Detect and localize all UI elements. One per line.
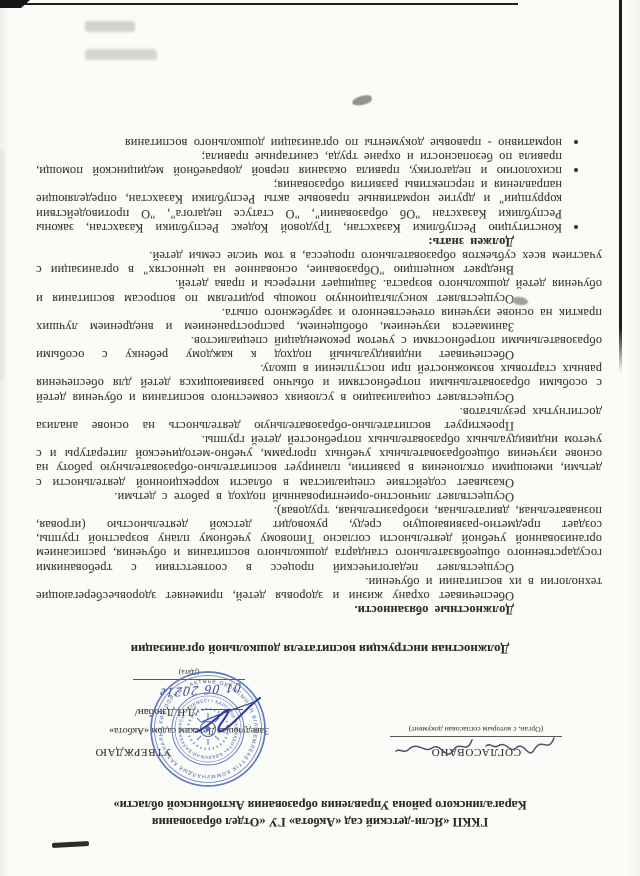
duty-paragraph: Осуществляет консультационную помощь род… <box>36 277 602 305</box>
document-content-rotated: ГККП «Ясли-детский сад «Акбота» ГУ «Отде… <box>0 0 640 876</box>
duty-paragraph: Внедряет концепцию "Образование, основан… <box>36 249 602 277</box>
know-list-item: психологию и педагогику, правила оказани… <box>36 150 564 178</box>
document-body: Должностные обязанности. Обеспечивает ох… <box>36 136 602 617</box>
duty-paragraph: Осуществляет социализацию в условиях сов… <box>36 362 602 404</box>
duty-paragraph: Осуществляет педагогический процесс в со… <box>36 504 602 575</box>
organization-header-line1: ГККП «Ясли-детский сад «Акбота» ГУ «Отде… <box>40 813 600 830</box>
duty-paragraph: Проектирует воспитательно-образовательну… <box>36 405 602 433</box>
know-list: Конституцию Республики Казахстан, Трудов… <box>36 136 602 235</box>
document-title: Должностная инструкция воспитателя дошко… <box>40 641 600 656</box>
scanned-document-page: ГККП «Ясли-детский сад «Акбота» ГУ «Отде… <box>0 0 640 876</box>
duties-heading: Должностные обязанности. <box>36 603 602 617</box>
duty-paragraph: Осуществляет личностно-ориентированный п… <box>36 490 602 504</box>
organization-header: ГККП «Ясли-детский сад «Акбота» ГУ «Отде… <box>40 796 600 830</box>
duty-paragraph: Обеспечивает индивидуальный подход к каж… <box>36 334 602 362</box>
know-list-item: нормативно - правовые документы по орган… <box>36 136 564 150</box>
duty-paragraph: Оказывает содействие специалистам в обла… <box>36 433 602 490</box>
agreed-signature-ink <box>390 728 560 764</box>
organization-header-line2: Карагалинского района Управления образов… <box>40 796 600 813</box>
know-heading: Должен знать: <box>36 235 602 249</box>
duty-paragraph: Обеспечивает охрану жизни и здоровья дет… <box>36 575 602 603</box>
agreed-block: СОГЛАСОВАНО (Орган, с которым согласован… <box>390 725 562 758</box>
duty-paragraph: Занимается изучением, обобщением, распро… <box>36 306 602 334</box>
know-list-item: Конституцию Республики Казахстан, Трудов… <box>36 178 564 235</box>
approved-signature-ink <box>168 692 268 736</box>
